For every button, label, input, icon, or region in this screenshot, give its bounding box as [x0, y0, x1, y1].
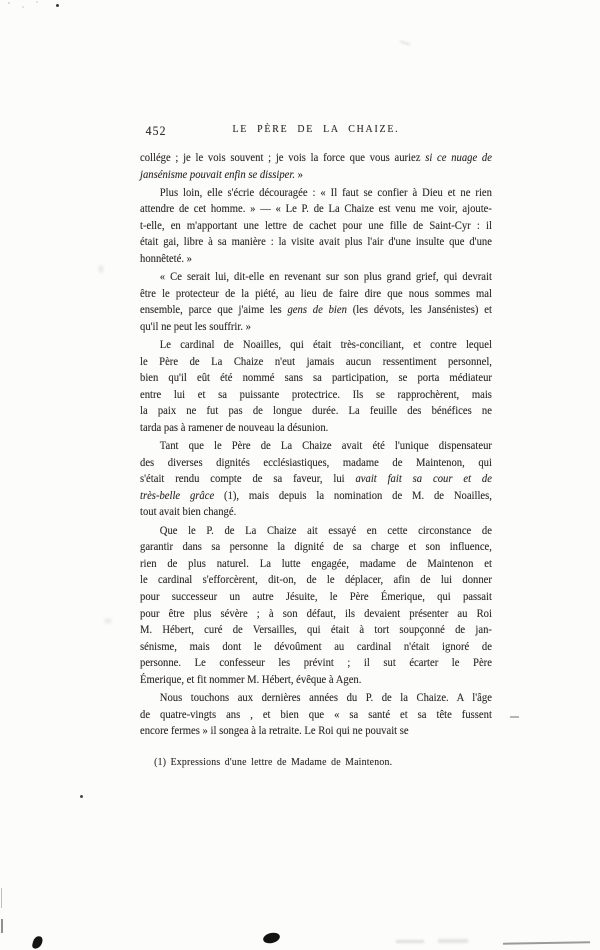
ink-smudge	[98, 265, 104, 273]
text-line: Tant que le Père de La Chaize avait été …	[140, 438, 492, 455]
text-line: pour successeur un autre Jésuite, le Pèr…	[140, 589, 492, 606]
text-line: Nous touchons aux dernières années du P.…	[140, 690, 492, 707]
text-line: qu'il ne peut les souffrir. »	[140, 319, 492, 336]
footnote: (1) Expressions d'une lettre de Madame d…	[140, 757, 492, 768]
ink-smudge	[396, 940, 424, 943]
text-line: personne. Le confesseur les prévint ; il…	[140, 655, 492, 672]
ink-speck	[80, 795, 83, 798]
text-line: Le cardinal de Noailles, qui était très-…	[140, 337, 492, 354]
text-line: jansénisme pouvait enfin se dissiper. »	[140, 167, 492, 184]
text-line: entre lui et sa puissante protectrice. I…	[140, 387, 492, 404]
scratch-line	[503, 941, 590, 945]
text-line: la paix ne fut pas de longue durée. La f…	[140, 403, 492, 420]
scanned-book-page: 452 LE PÈRE DE LA CHAIZE. collége ; je l…	[0, 0, 600, 950]
text-line: sénisme, mais dont le dévoûment au cardi…	[140, 639, 492, 656]
ink-speck	[56, 4, 59, 7]
body-paragraph: collége ; je le vois souvent ; je vois l…	[140, 150, 492, 183]
text-line: de quatre-vingts ans , et bien que « sa …	[140, 707, 492, 724]
ink-smudge	[400, 40, 410, 45]
text-line: s'était rendu compte de sa faveur, lui a…	[140, 471, 492, 488]
text-line: ensemble, parce que j'aime les gens de b…	[140, 302, 492, 319]
text-line: très-belle grâce (1), mais depuis la nom…	[140, 488, 492, 505]
body-paragraph: Le cardinal de Noailles, qui était très-…	[140, 337, 492, 437]
running-title: LE PÈRE DE LA CHAIZE.	[140, 124, 492, 135]
text-line: était gai, libre à sa manière : la visit…	[140, 234, 492, 251]
ink-smudge	[438, 939, 468, 943]
text-line: encore fermes » il songea à la retraite.…	[140, 723, 492, 740]
text-line: pour être plus sévère ; à son défaut, il…	[140, 606, 492, 623]
ink-blob	[31, 935, 43, 950]
edge-tick	[1, 888, 2, 908]
text-line: Que le P. de La Chaize ait essayé en cet…	[140, 523, 492, 540]
body-paragraph: « Ce serait lui, dit-elle en revenant su…	[140, 269, 492, 335]
text-line: M. Hébert, curé de Versailles, qui était…	[140, 622, 492, 639]
body-paragraph: Plus loin, elle s'écrie découragée : « I…	[140, 185, 492, 268]
body-paragraph: Tant que le Père de La Chaize avait été …	[140, 438, 492, 521]
page-header: 452 LE PÈRE DE LA CHAIZE.	[140, 124, 492, 140]
text-line: tarda pas à ramener de nouveau la désuni…	[140, 420, 492, 437]
text-line: attendre de cet homme. » — « Le P. de La…	[140, 201, 492, 218]
text-line: rien de plus naturel. La lutte engagée, …	[140, 556, 492, 573]
text-line: Plus loin, elle s'écrie découragée : « I…	[140, 185, 492, 202]
ink-blob	[262, 931, 281, 945]
text-line: tout avait bien changé.	[140, 504, 492, 521]
ink-speck	[22, 6, 24, 8]
page-number: 452	[146, 124, 167, 139]
text-line: le cardinal s'efforcèrent, dit-on, de le…	[140, 572, 492, 589]
text-line: des diverses dignités ecclésiastiques, m…	[140, 455, 492, 472]
edge-tick	[1, 919, 3, 933]
text-line: bien qu'il eût été nommé sans sa partici…	[140, 370, 492, 387]
body-paragraph: Que le P. de La Chaize ait essayé en cet…	[140, 523, 492, 689]
text-line: garantir dans sa personne la dignité de …	[140, 539, 492, 556]
ink-speck	[8, 2, 10, 4]
ink-speck	[36, 1, 38, 3]
text-line: le Père de La Chaize n'eut jamais aucun …	[140, 354, 492, 371]
ink-smudge	[104, 618, 112, 624]
text-line: « Ce serait lui, dit-elle en revenant su…	[140, 269, 492, 286]
text-line: Émerique, et fit nommer M. Hébert, évêqu…	[140, 672, 492, 689]
text-line: t-elle, en m'apportant une lettre de cac…	[140, 218, 492, 235]
text-column: collége ; je le vois souvent ; je vois l…	[140, 150, 492, 740]
text-line: honnêteté. »	[140, 251, 492, 268]
body-paragraph: Nous touchons aux dernières années du P.…	[140, 690, 492, 740]
text-line: être le protecteur de la piété, au lieu …	[140, 286, 492, 303]
text-line: collége ; je le vois souvent ; je vois l…	[140, 150, 492, 167]
page-content: 452 LE PÈRE DE LA CHAIZE. collége ; je l…	[140, 124, 492, 768]
margin-mark	[510, 716, 519, 718]
